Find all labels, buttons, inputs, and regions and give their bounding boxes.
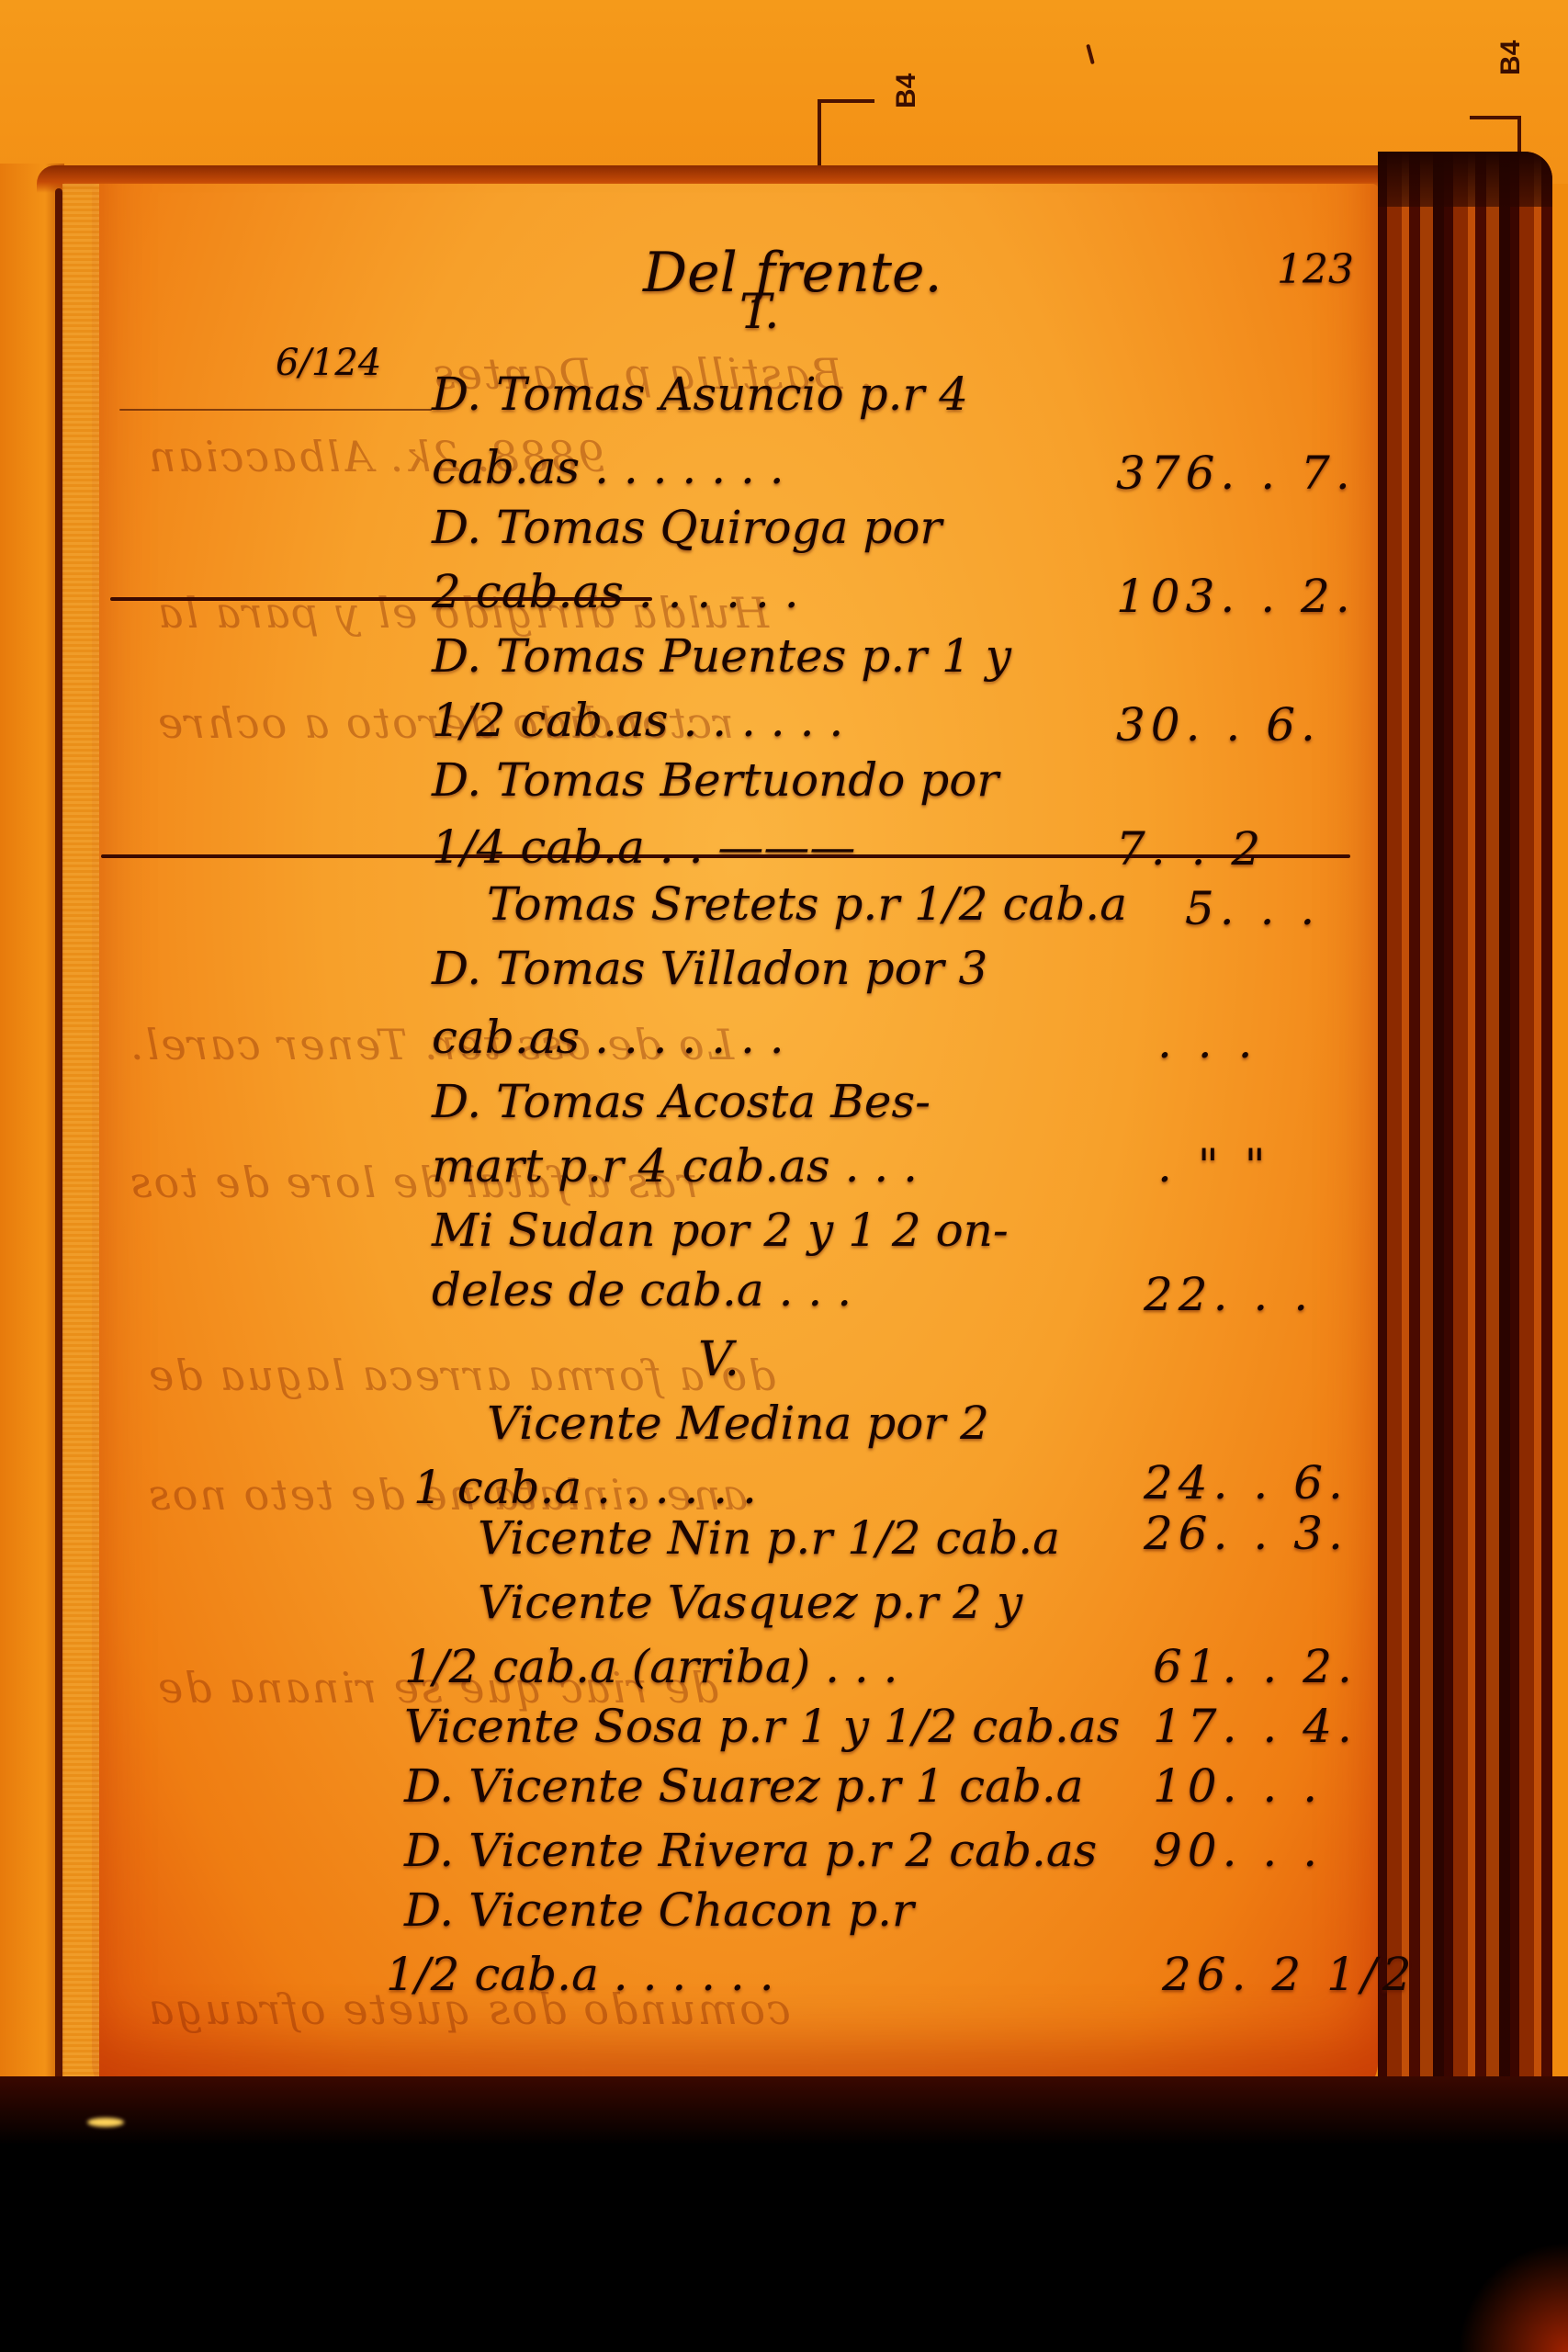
entry-line: Vicente Sosa p.r 1 y 1/2 cab.as xyxy=(404,1700,1120,1753)
entry-line: D. Vicente Rivera p.r 2 cab.as xyxy=(404,1824,1097,1877)
ruled-line xyxy=(119,409,432,411)
entry-amount: 17. . 4. xyxy=(1153,1700,1358,1753)
entry-line: D. Tomas Villadon por 3 xyxy=(432,942,987,995)
entry-amount: 26. . 3. xyxy=(1144,1507,1348,1560)
entry-line: D. Tomas Puentes p.r 1 y xyxy=(432,629,1011,683)
entry-amount: 26. 2 1/2 xyxy=(1162,1948,1417,2001)
corner-glow xyxy=(1458,2242,1568,2352)
binding-stitching xyxy=(62,184,99,2086)
entry-line: D. Vicente Suarez p.r 1 cab.a xyxy=(404,1759,1084,1813)
entry-line: mart p.r 4 cab.as . . . xyxy=(432,1139,918,1193)
entry-line: cab.as . . . . . . . xyxy=(432,441,784,494)
entry-amount: 103. . 2. xyxy=(1116,570,1356,623)
entry-amount: 10. . . xyxy=(1153,1759,1323,1813)
entry-line: 1/2 cab.a . . . . . . xyxy=(386,1948,774,2001)
entry-line: 1 cab.a . . . . . . xyxy=(413,1461,757,1514)
entry-amount: 90. . . xyxy=(1153,1824,1323,1877)
entry-line: Vicente Nin p.r 1/2 cab.a xyxy=(478,1511,1060,1565)
light-reflection xyxy=(87,2118,124,2127)
folio-number: 123 xyxy=(1277,246,1354,293)
page-stack-edges xyxy=(1378,152,1552,2099)
letter-section-v: V. xyxy=(698,1332,739,1387)
entry-amount: 7. . 2 xyxy=(1116,822,1266,876)
entry-line: Tomas Sretets p.r 1/2 cab.a xyxy=(487,877,1127,931)
entry-line: deles de cab.a . . . xyxy=(432,1263,852,1317)
entry-amount: 376. . 7. xyxy=(1116,447,1356,500)
entry-amount: 22. . . xyxy=(1144,1268,1314,1321)
entry-line: D. Tomas Asuncio p.r 4 xyxy=(432,367,968,421)
book-shadow xyxy=(0,2076,1568,2352)
entry-amount: 61. . 2. xyxy=(1153,1640,1358,1693)
entry-line: 1/2 cab.as . . . . . . xyxy=(432,694,843,747)
entry-line: 2 cab.as . . . . . . xyxy=(432,565,799,618)
entry-line: D. Vicente Chacon p.r xyxy=(404,1883,914,1937)
background-surface xyxy=(0,0,1568,184)
entry-amount: . . . xyxy=(1157,1015,1258,1069)
entry-amount: 30. . 6. xyxy=(1116,698,1321,752)
margin-reference: 6/124 xyxy=(276,342,381,384)
entry-line: Vicente Vasquez p.r 2 y xyxy=(478,1576,1022,1629)
entry-line: D. Tomas Quiroga por xyxy=(432,501,942,554)
entry-amount: . " " xyxy=(1157,1139,1271,1193)
entry-line: cab.as . . . . . . . xyxy=(432,1011,784,1064)
page-heading: Del frente. xyxy=(643,241,942,305)
entry-amount: 24. . 6. xyxy=(1144,1456,1348,1510)
binding-gutter xyxy=(55,188,62,2081)
entry-line: 1/2 cab.a (arriba) . . . xyxy=(404,1640,898,1693)
entry-line: D. Tomas Bertuondo por xyxy=(432,753,998,807)
entry-line: Mi Sudan por 2 y 1 2 on- xyxy=(432,1204,1009,1257)
entry-line: D. Tomas Acosta Bes- xyxy=(432,1075,931,1128)
entry-amount: 5. . . xyxy=(1185,882,1320,935)
letter-section-t: T. xyxy=(739,285,780,340)
entry-line: Vicente Medina por 2 xyxy=(487,1396,989,1450)
entry-line: 1/4 cab.a . . ——— xyxy=(432,820,855,874)
